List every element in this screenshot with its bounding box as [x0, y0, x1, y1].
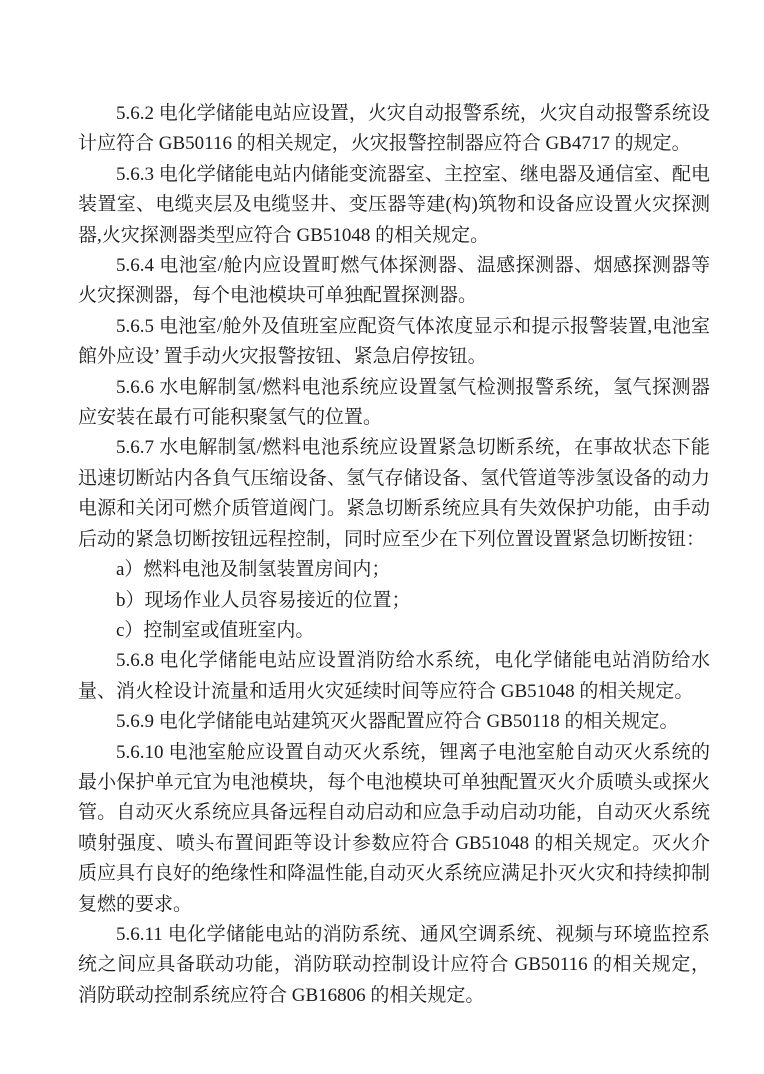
- document-body: 5.6.2 电化学储能电站应设置，火灾自动报警系统，火灾自动报警系统设计应符合 …: [78, 99, 710, 1011]
- clause-paragraph: 5.6.8 电化学储能电站应设置消防给水系统，电化学储能电站消防给水量、消火栓设…: [78, 646, 710, 707]
- clause-paragraph: 5.6.10 电池室舱应设置自动灭火系统，锂离子电池室舱自动灭火系统的最小保护单…: [78, 738, 710, 920]
- clause-paragraph: 5.6.6 水电解制氢/燃料电池系统应设置氢气检测报警系统，氢气探测器应安装在最…: [78, 373, 710, 434]
- clause-paragraph: 5.6.11 电化学储能电站的消防系统、通风空调系统、视频与环境监控系统之间应具…: [78, 920, 710, 1011]
- document-page: 5.6.2 电化学储能电站应设置，火灾自动报警系统，火灾自动报警系统设计应符合 …: [0, 0, 764, 1074]
- clause-paragraph: 5.6.5 电池室/舱外及值班室应配资气体浓度显示和提示报警装置,电池室館外应设…: [78, 312, 710, 373]
- clause-paragraph: 5.6.9 电化学储能电站建筑灭火器配置应符合 GB50118 的相关规定。: [78, 707, 710, 737]
- clause-list-item: c）控制室或值班室内。: [78, 616, 710, 646]
- clause-paragraph: 5.6.3 电化学储能电站内储能变流器室、主控室、继电器及通信室、配电装置室、电…: [78, 160, 710, 251]
- clause-paragraph: 5.6.7 水电解制氢/燃料电池系统应设置紧急切断系统，在事故状态下能迅速切断站…: [78, 433, 710, 555]
- clause-list-item: b）现场作业人员容易接近的位置；: [78, 586, 710, 616]
- clause-paragraph: 5.6.4 电池室/舱内应设置町燃气体探测器、温感探测器、烟感探测器等火灾探测器…: [78, 251, 710, 312]
- clause-paragraph: 5.6.2 电化学储能电站应设置，火灾自动报警系统，火灾自动报警系统设计应符合 …: [78, 99, 710, 160]
- clause-list-item: a）燃料电池及制氢装置房间内；: [78, 555, 710, 585]
